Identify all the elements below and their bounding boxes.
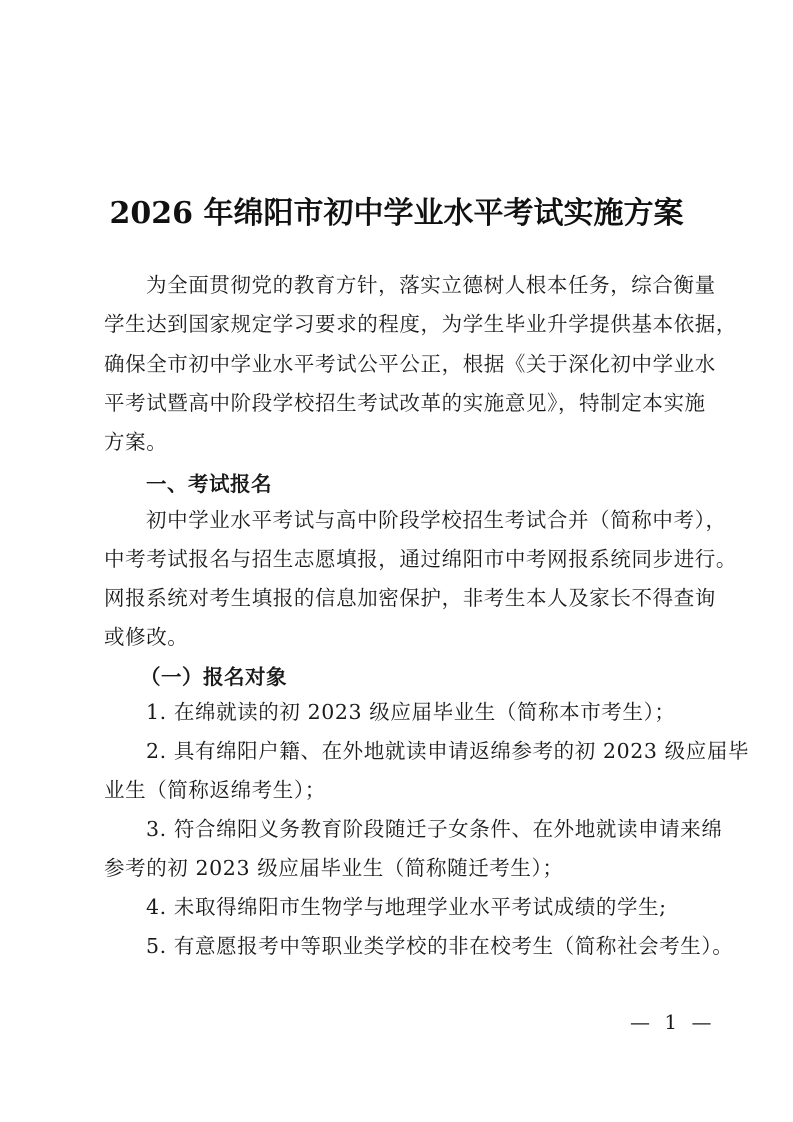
- document-page: 2026 年绵阳市初中学业水平考试实施方案 为全面贯彻党的教育方针，落实立德树人…: [0, 0, 793, 1122]
- list-item: 5. 有意愿报考中等职业类学校的非在校考生（简称社会考生）。: [146, 931, 733, 961]
- intro-line: 为全面贯彻党的教育方针，落实立德树人根本任务，综合衡量: [146, 270, 716, 300]
- list-item: 3. 符合绵阳义务教育阶段随迁子女条件、在外地就读申请来绵: [146, 814, 722, 844]
- subsection-heading: （一）报名对象: [140, 660, 287, 690]
- list-item: 2. 具有绵阳户籍、在外地就读申请返绵参考的初 2023 级应届毕: [146, 736, 749, 766]
- section-line: 中考考试报名与招生志愿填报，通过绵阳市中考网报系统同步进行。: [104, 544, 737, 574]
- intro-line: 确保全市初中学业水平考试公平公正，根据《关于深化初中学业水: [104, 349, 716, 379]
- section-heading: 一、考试报名: [146, 467, 272, 497]
- document-title: 2026 年绵阳市初中学业水平考试实施方案: [0, 188, 793, 232]
- section-line: 初中学业水平考试与高中阶段学校招生考试合并（简称中考），: [146, 505, 727, 535]
- intro-line: 平考试暨高中阶段学校招生考试改革的实施意见》，特制定本实施: [104, 388, 706, 418]
- list-item: 4. 未取得绵阳市生物学与地理学业水平考试成绩的学生;: [146, 892, 667, 922]
- list-item-continuation: 参考的初 2023 级应届毕业生（简称随迁考生）；: [104, 853, 563, 883]
- page-number: — 1 —: [630, 1010, 715, 1034]
- intro-line: 学生达到国家规定学习要求的程度，为学生毕业升学提供基本依据，: [104, 309, 737, 339]
- section-line: 网报系统对考生填报的信息加密保护，非考生本人及家长不得查询: [104, 583, 716, 613]
- list-item: 1. 在绵就读的初 2023 级应届毕业生（简称本市考生）；: [146, 697, 676, 727]
- intro-line: 方案。: [104, 427, 167, 457]
- section-line: 或修改。: [104, 622, 188, 652]
- list-item-continuation: 业生（简称返绵考生）；: [104, 775, 326, 805]
